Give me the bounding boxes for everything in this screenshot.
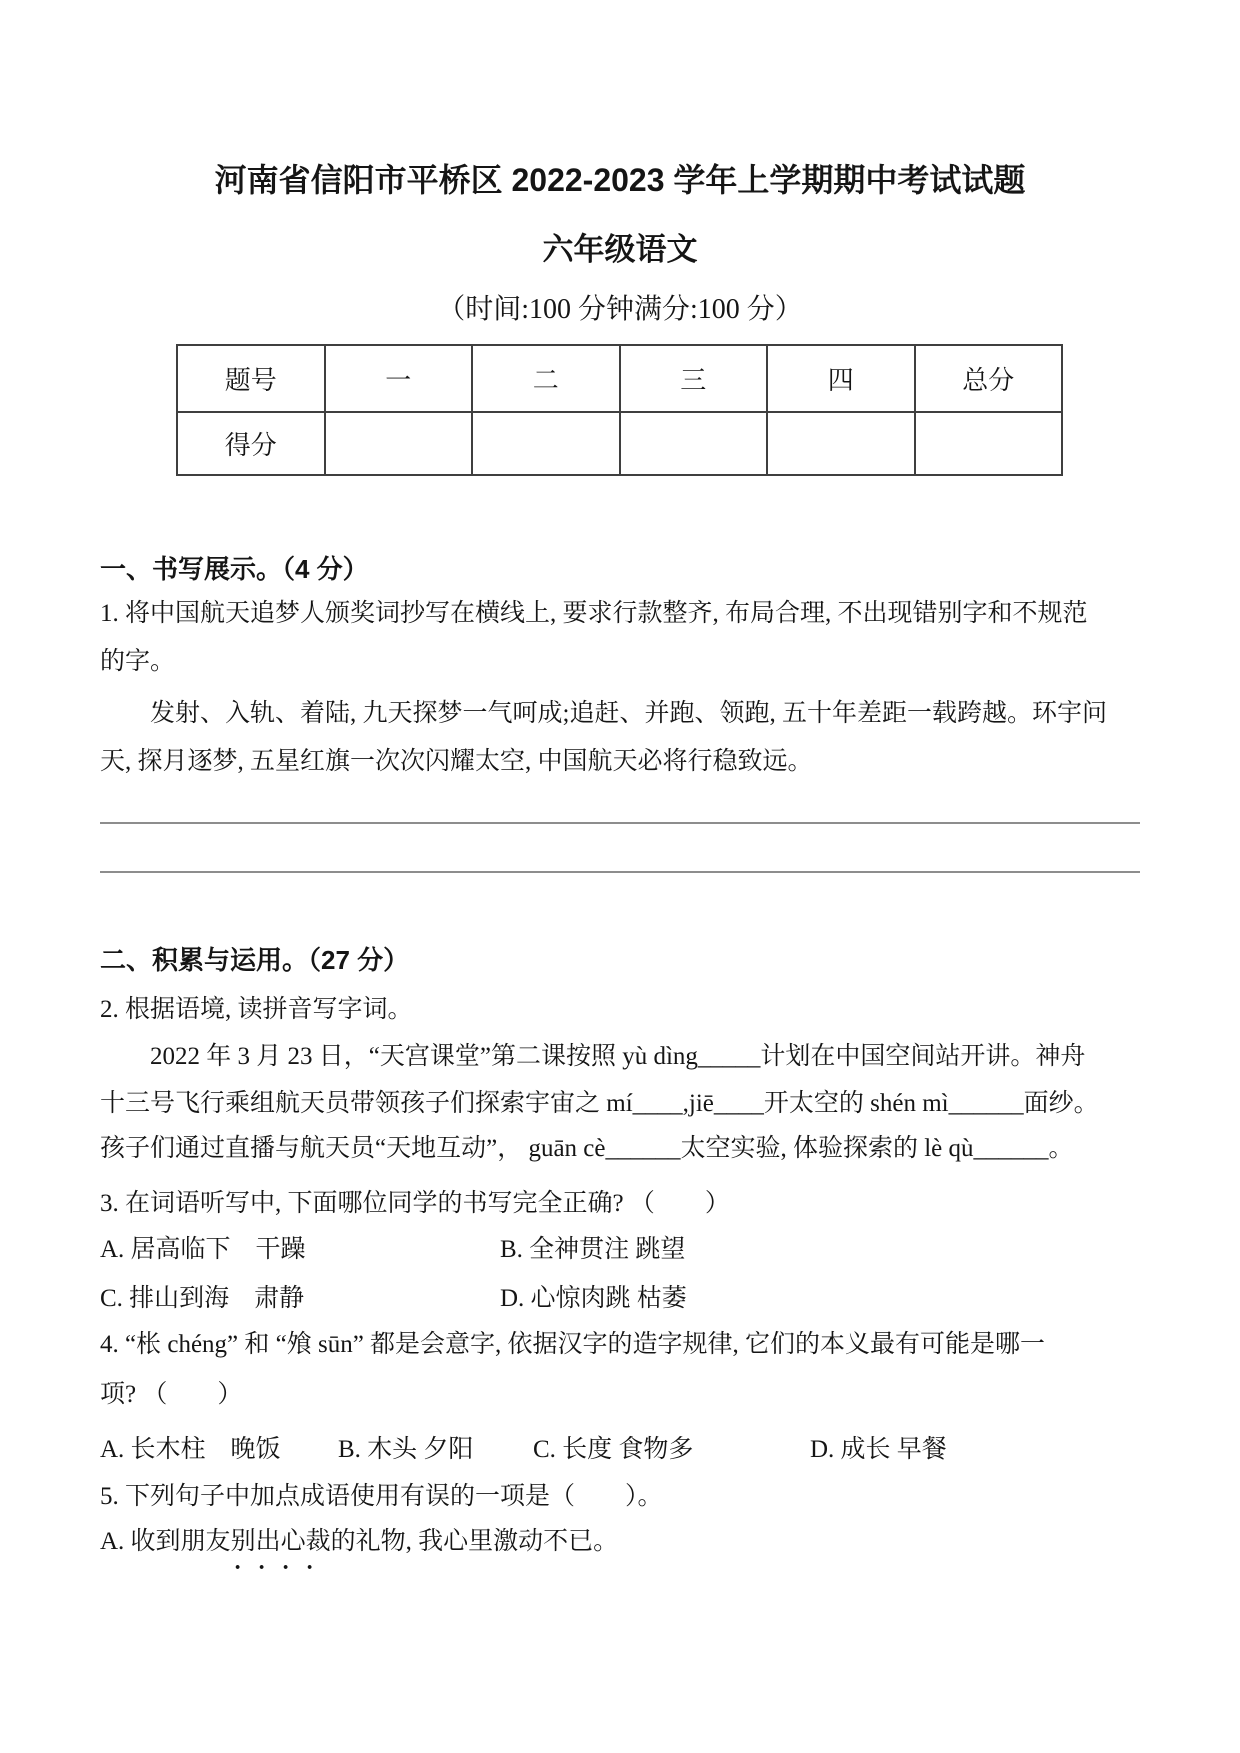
score-cell-empty [472, 412, 620, 475]
q3-option-c: C. 排山到海 肃静 [100, 1282, 304, 1316]
score-table-score-row: 得分 [177, 412, 1062, 475]
q1-stem-line-2: 的字。 [100, 645, 1140, 679]
q3-option-a: A. 居高临下 干躁 [100, 1233, 306, 1267]
score-table: 题号 一 二 三 四 总分 得分 [176, 344, 1063, 476]
exam-paper-page: 河南省信阳市平桥区 2022-2023 学年上学期期中考试试题 六年级语文 （时… [0, 0, 1240, 1753]
q4-option-c: C. 长度 食物多 [533, 1433, 693, 1467]
q3-stem: 3. 在词语听写中, 下面哪位同学的书写完全正确? （ ） [100, 1187, 1140, 1221]
q3-option-d: D. 心惊肉跳 枯萎 [500, 1282, 687, 1316]
score-table-header-cell: 总分 [915, 345, 1063, 412]
score-table-header-cell: 题号 [177, 345, 325, 412]
time-score-note: （时间:100 分钟满分:100 分） [0, 291, 1240, 329]
q2-paragraph-line-2: 十三号飞行乘组航天员带领孩子们探索宇宙之 mí____,jiē____开太空的 … [100, 1087, 1140, 1121]
score-table-header-cell: 二 [472, 345, 620, 412]
q4-option-a: A. 长木柱 晚饭 [100, 1433, 281, 1467]
q2-stem: 2. 根据语境, 读拼音写字词。 [100, 993, 1140, 1027]
q4-stem-line-2: 项? （ ） [100, 1378, 1140, 1412]
score-cell-empty [767, 412, 915, 475]
q3-options-row-1: A. 居高临下 干躁 B. 全神贯注 跳望 [100, 1233, 1160, 1269]
q5-stem: 5. 下列句子中加点成语使用有误的一项是（ ）。 [100, 1480, 1140, 1514]
section-one-heading: 一、书写展示。（4 分） [100, 551, 1140, 587]
q4-option-b: B. 木头 夕阳 [338, 1433, 473, 1467]
score-table-header-cell: 四 [767, 345, 915, 412]
page-title: 河南省信阳市平桥区 2022-2023 学年上学期期中考试试题 [0, 158, 1240, 202]
writing-blank-line-1 [100, 822, 1140, 824]
q3-option-b: B. 全神贯注 跳望 [500, 1233, 685, 1267]
score-cell-empty [325, 412, 473, 475]
score-row-label: 得分 [177, 412, 325, 475]
q3-options-row-2: C. 排山到海 肃静 D. 心惊肉跳 枯萎 [100, 1282, 1160, 1318]
q1-stem-line-1: 1. 将中国航天追梦人颁奖词抄写在横线上, 要求行款整齐, 布局合理, 不出现错… [100, 597, 1140, 631]
emphasis-dots: ···· [234, 1551, 330, 1585]
score-cell-empty [620, 412, 768, 475]
score-table-header-cell: 三 [620, 345, 768, 412]
q1-passage-line-2: 天, 探月逐梦, 五星红旗一次次闪耀太空, 中国航天必将行稳致远。 [100, 745, 1140, 779]
q4-option-d: D. 成长 早餐 [810, 1433, 947, 1467]
q5-option-a-suffix: 的礼物, 我心里激动不已。 [331, 1528, 619, 1555]
q2-paragraph-line-3: 孩子们通过直播与航天员“天地互动”， guān cè______太空实验, 体验… [100, 1132, 1140, 1166]
score-table-header-row: 题号 一 二 三 四 总分 [177, 345, 1062, 412]
q4-options-row: A. 长木柱 晚饭 B. 木头 夕阳 C. 长度 食物多 D. 成长 早餐 [100, 1433, 1160, 1469]
q1-passage-line-1: 发射、入轨、着陆, 九天探梦一气呵成;追赶、并跑、领跑, 五十年差距一载跨越。环… [100, 697, 1140, 731]
writing-blank-line-2 [100, 871, 1140, 873]
section-two-heading: 二、积累与运用。（27 分） [100, 942, 1140, 978]
q4-stem-line-1: 4. “枨 chéng” 和 “飧 sūn” 都是会意字, 依据汉字的造字规律,… [100, 1328, 1140, 1362]
q5-option-a: A. 收到朋友别出心裁····的礼物, 我心里激动不已。 [100, 1525, 1140, 1559]
q5-option-a-prefix: A. 收到朋友 [100, 1528, 231, 1555]
q5-option-a-emphasized-phrase: 别出心裁···· [231, 1525, 331, 1559]
q2-paragraph-line-1: 2022 年 3 月 23 日，“天宫课堂”第二课按照 yù dìng_____… [100, 1040, 1140, 1074]
page-subtitle: 六年级语文 [0, 229, 1240, 271]
score-table-header-cell: 一 [325, 345, 473, 412]
score-cell-empty [915, 412, 1063, 475]
